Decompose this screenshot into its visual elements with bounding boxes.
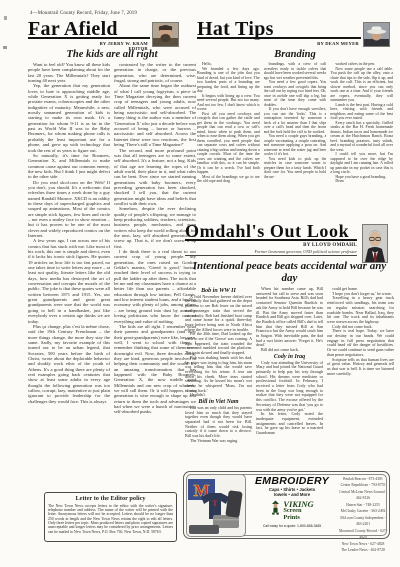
byline-role: EDITOR (128, 46, 148, 51)
paragraph: About the same time began the outburst o… (114, 83, 196, 147)
hat-tips-section: Hat Tips BY DEAN MEYER Branding Hello,We… (197, 21, 393, 216)
svg-text:T: T (212, 499, 218, 508)
omdahl-credit: Former lieutenant governor, UND politica… (185, 249, 357, 254)
paragraph: You need kids to pick up the testicles i… (264, 157, 327, 180)
section-rule (197, 37, 361, 39)
paragraph: Do you read xkcd.com on the Web? If you … (28, 180, 110, 239)
column-subhead: Cody in Iraq (256, 355, 323, 360)
paragraph: Bill did not come back. (256, 348, 323, 353)
paragraph: You need a couple guys branding, a coupl… (264, 134, 327, 157)
article-column: brandings, with a crew of calf wrestlers… (264, 62, 327, 216)
scan-artifact (3, 46, 7, 49)
paragraph: Mountrail County Record - 627-4829 (337, 528, 389, 541)
letter-policy-text: The New Town News accepts letters to the… (48, 504, 173, 534)
far-afield-body: Want to feel old? You know all these kid… (28, 62, 196, 486)
article-column: worked calves in the pen.Now some people… (330, 62, 393, 216)
omdahl-section: Omdahl's Out Look BY LLOYD OMDAHL Former… (185, 224, 394, 475)
ad-phone-line: Call today for a quote: 1-800-658-3485 (247, 524, 337, 528)
paragraph: So naturally, it's time for Boomers, Gen… (28, 153, 110, 180)
paragraph: The kids are all right. I remember what … (114, 324, 196, 415)
paragraph: A few years ago, I ran across one of his… (28, 238, 110, 324)
article-column: could get home.'I hope you don't forget … (327, 287, 394, 475)
paragraph: Bob was shaking hands with his dad, his … (185, 356, 252, 394)
byline-name: BY LLOYD OMDAHL (303, 243, 357, 248)
paragraph: Lunch is the best part. Having a cold be… (330, 103, 393, 121)
jerry-kram-photo (152, 22, 179, 47)
paragraph: Travelling in a heavy gear truck reinfor… (327, 296, 394, 324)
paragraph: First off you need cowboys and cowgirls … (197, 112, 260, 175)
article-headline: Branding (197, 49, 393, 60)
article-headline: The kids are all right (28, 49, 196, 60)
viking-mascot-icon (270, 500, 281, 515)
paragraph: When his number came up, Bill answered h… (256, 287, 323, 348)
paragraph: I do think there is a real threat to our… (114, 249, 196, 324)
paragraph: The Leader-News - 462-8728 (337, 547, 389, 553)
paragraph: brandings, with a crew of calf wrestlers… (264, 62, 327, 80)
byline-name: BY DEAN MEYER (317, 41, 359, 46)
viking-logo-text: VIKING Screen Prints (283, 500, 313, 521)
paragraph: Now some people use a calf table. You pu… (330, 67, 393, 103)
paragraph: You need a few good ropers. You want cow… (264, 80, 327, 107)
paragraph: Bill was an only child and his parents l… (185, 406, 252, 439)
scan-artifact (4, 16, 7, 20)
paragraph: I could tell you more, but I'm supposed … (330, 152, 393, 175)
article-column: Bob in WW IIA cold November breeze drift… (185, 287, 252, 475)
article-column: When his number came up, Bill answered h… (256, 287, 323, 475)
column-subhead: Bob in WW II (185, 289, 252, 294)
paragraph: The second, and more profound point was … (114, 148, 196, 207)
newspaper-page: 4—Mountrail County Record, Friday, June … (0, 0, 400, 567)
section-rule (185, 239, 357, 241)
ad-center: EMBROIDERY Caps • Shirts • Jackets towel… (247, 472, 337, 538)
paragraph: We branded a few days ago. Branding is o… (197, 67, 260, 94)
paragraph: Most of the brandings we go to are the o… (197, 175, 260, 184)
paragraph: Plus ça change, plus c'est la même chose… (28, 324, 110, 404)
paragraph: Dean (330, 179, 393, 184)
paragraph: McClusky Gazette - 363-2492 (337, 508, 389, 514)
hat-tips-masthead: Hat Tips BY DEAN MEYER (197, 21, 393, 48)
paragraph: Cody was attending the University of Mar… (256, 361, 323, 413)
article-column: Hello,We branded a few days ago. Brandin… (197, 62, 260, 216)
letter-policy-box: Letter to the Editor policy The New Town… (44, 492, 177, 542)
omdahl-byline: BY LLOYD OMDAHL (185, 243, 357, 248)
paragraph: Yep, the generation that my generation l… (28, 83, 110, 152)
article-column: Want to feel old? You know all these kid… (28, 62, 110, 486)
paragraph: Central McLean News-Journal - 462-8126 (337, 489, 389, 502)
article-column: contrasted by the writer to the current … (114, 62, 196, 486)
article-headline: Intentional peace beats accidental war a… (185, 260, 394, 284)
ad-newspaper-list: Beulah Beacon - 873-4381Center Republica… (337, 472, 389, 538)
paragraph: The Vietnam War was raging. (185, 439, 252, 444)
paragraph: McLean County Independent - 463-2201 (337, 515, 389, 528)
paragraph: A cold November breeze drifted over the … (185, 295, 252, 333)
paragraph: Somehow, despite the ever declining qual… (114, 206, 196, 249)
paragraph: If you don't have enough wrestlers, you … (264, 107, 327, 134)
paragraph: For the 20th time, Dad looked up the tra… (185, 332, 252, 356)
section-rule (28, 37, 150, 39)
paragraph: In his letter, Cody noted the inadequate… (256, 412, 323, 436)
paragraph: Center Republican - 794-8755 (337, 482, 389, 488)
paragraph: Scripture tells us that human lives are … (327, 358, 394, 377)
paragraph: Every ranch has a specialty. Grilled ste… (330, 121, 393, 153)
ad-items-line2: towels • and More (247, 492, 337, 497)
viking-logo: VIKING Screen Prints (247, 500, 337, 521)
omdahl-masthead: Omdahl's Out Look BY LLOYD OMDAHL Former… (185, 224, 394, 257)
viking-line2: Prints (283, 515, 313, 522)
hat-tips-byline: BY DEAN MEYER (197, 41, 359, 46)
section-rule (185, 255, 357, 256)
paragraph: contrasted by the writer to the current … (114, 62, 196, 83)
paragraph: There is real hope. Today, we have our d… (327, 329, 394, 357)
paragraph: He didn't. (185, 393, 252, 398)
page-header: 4—Mountrail County Record, Friday, June … (30, 11, 137, 16)
paragraph: It begins with lining up a crew. You nee… (197, 94, 260, 112)
far-afield-byline: BY JERRY W. KRAM EDITOR (28, 41, 148, 51)
far-afield-masthead: Far Afield BY JERRY W. KRAM EDITOR (28, 21, 196, 48)
paragraph: Want to feel old? You know all these kid… (28, 62, 110, 83)
ad-title: EMBROIDERY (247, 475, 337, 487)
omdahl-body: Bob in WW IIA cold November breeze drift… (185, 287, 394, 475)
lloyd-omdahl-photo (362, 224, 388, 263)
hat-tips-body: Hello,We branded a few days ago. Brandin… (197, 62, 393, 216)
tshirt-graphic: M T (187, 475, 243, 535)
tshirt-photo: M T (186, 474, 246, 537)
letter-policy-title: Letter to the Editor policy (48, 495, 173, 502)
embroidery-ad: M T EMBROIDERY Caps • Shirts • Jackets t… (183, 471, 390, 539)
dean-meyer-photo (363, 22, 390, 47)
far-afield-section: Far Afield BY JERRY W. KRAM EDITOR The k… (28, 21, 196, 486)
